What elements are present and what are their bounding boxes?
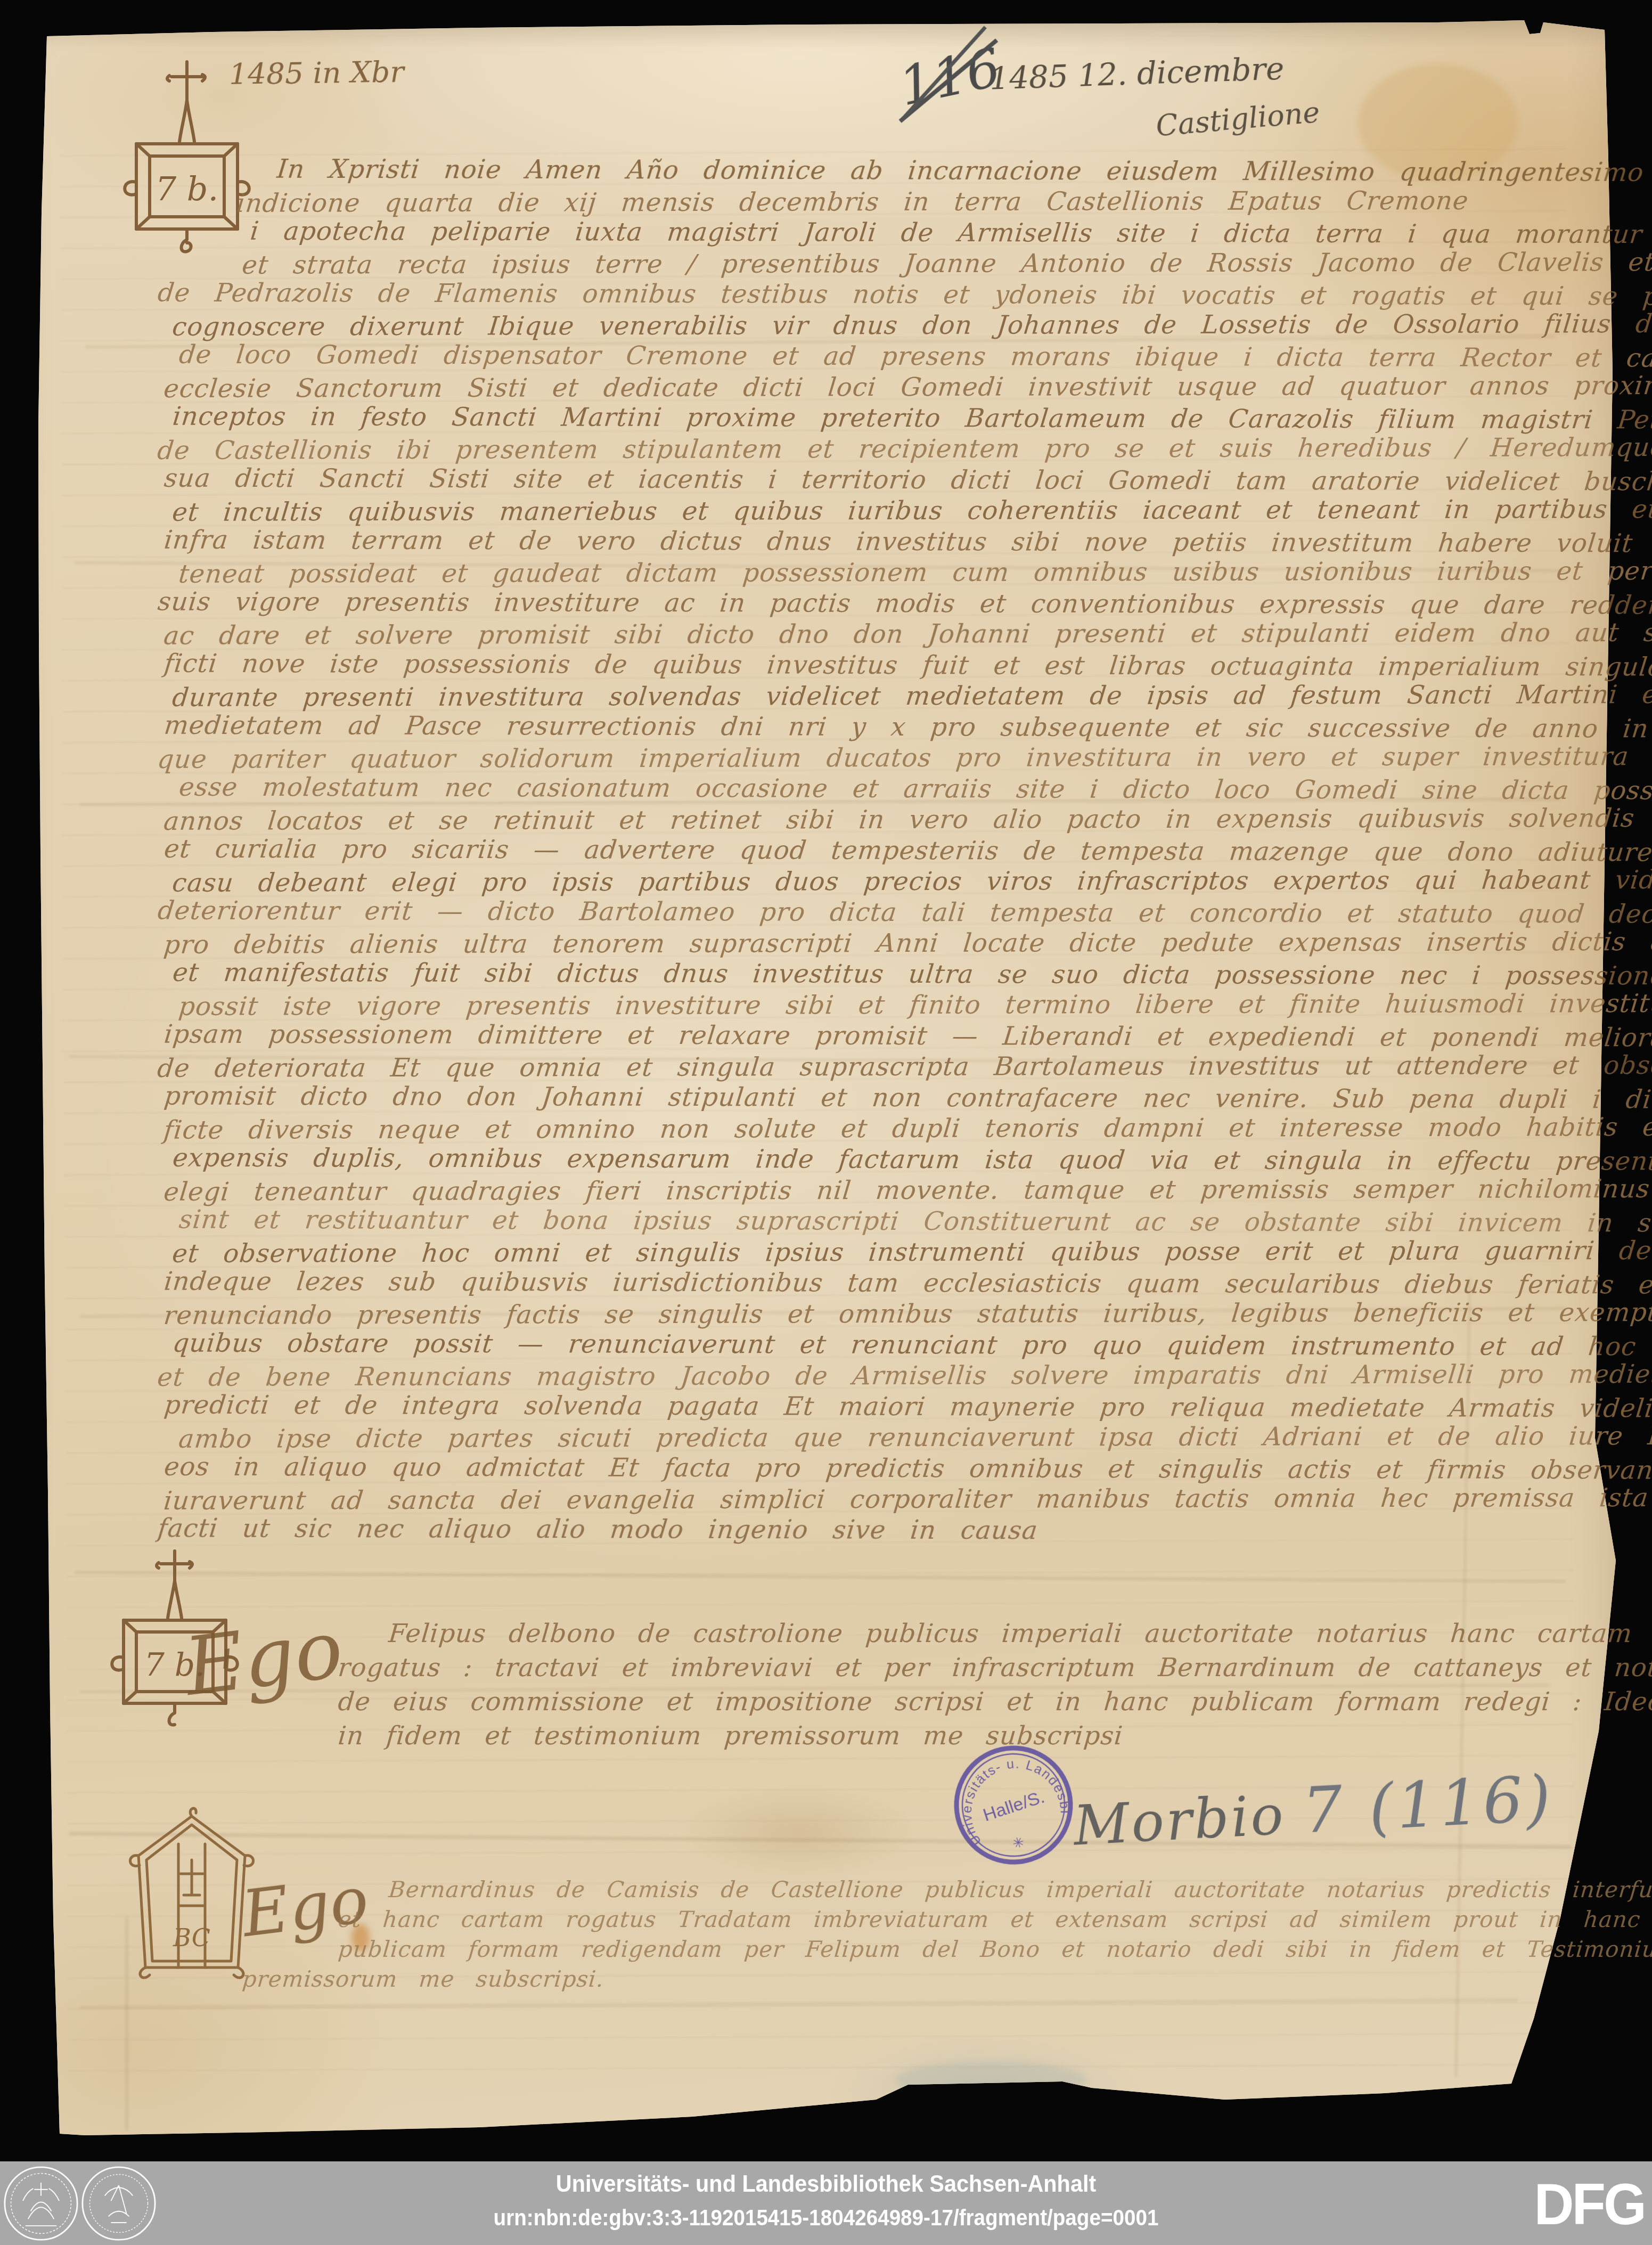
- manuscript-text-line: que pariter quatuor solidorum imperialiu…: [156, 741, 1632, 775]
- manuscript-text-line: ficte diversis neque et omnino non solut…: [162, 1112, 1632, 1146]
- shelfmark-number: 7 (116): [1301, 1761, 1555, 1848]
- archivist-year-note: 1485 in Xbr: [228, 54, 404, 92]
- stamp-center-text: Halle/S.: [980, 1786, 1047, 1825]
- manuscript-text-line: de deteriorata Et que omnia et singula s…: [156, 1050, 1632, 1084]
- manuscript-text-line: pro debitis alienis ultra tenorem supras…: [162, 926, 1632, 960]
- subscription-bernardinus-lines: Bernardinus de Camisis de Castellione pu…: [242, 1875, 1606, 1994]
- manuscript-text-line: ficti nove iste possessionis de quibus i…: [162, 648, 1631, 683]
- subscription-felipus: Ego Felipus delbono de castrolione publi…: [186, 1617, 1582, 1753]
- manuscript-text-line: de loco Gomedi dispensator Cremone et ad…: [177, 339, 1631, 374]
- manuscript-text-line: sint et restituantur et bona ipsius supr…: [177, 1204, 1631, 1239]
- manuscript-text-line: et manifestatis fuit sibi dictus dnus in…: [171, 957, 1631, 992]
- manuscript-text-line: ac dare et solvere promisit sibi dicto d…: [162, 617, 1632, 651]
- manuscript-text-line: et curialia pro sicariis — advertere quo…: [162, 834, 1631, 868]
- manuscript-text-line: elegi teneantur quadragies fieri inscrip…: [162, 1173, 1632, 1207]
- manuscript-text-line: eos in aliquo quo admictat Et facta pro …: [162, 1451, 1631, 1486]
- manuscript-text-line: de Pedrazolis de Flamenis omnibus testib…: [156, 277, 1631, 312]
- manuscript-text-line: suis vigore presentis investiture ac in …: [156, 586, 1631, 621]
- subscription-text-line: premissorum me subscripsi.: [241, 1964, 1607, 1994]
- subscription-bernardinus: Ego Bernardinus de Camisis de Castellion…: [242, 1875, 1606, 1994]
- manuscript-text-line: esse molestatum nec casionatum occasione…: [177, 772, 1631, 806]
- library-footer-bar: Universitäts- und Landesbibliothek Sachs…: [0, 2161, 1652, 2245]
- subscription-text-line: in fidem et testimonium premissorum me s…: [185, 1719, 1583, 1753]
- stamp-star-icon: ✳: [1010, 1833, 1026, 1852]
- manuscript-text-line: deteriorentur erit — dicto Bartolameo pr…: [156, 895, 1631, 930]
- manuscript-text-line: predicti et de integra solvenda pagata E…: [162, 1390, 1631, 1424]
- urn-identifier: urn:nbn:de:gbv:3:3-1192015415-1804264989…: [66, 2205, 1586, 2231]
- footer-text: Universitäts- und Landesbibliothek Sachs…: [0, 2161, 1652, 2231]
- manuscript-text-line: possit iste vigore presentis investiture…: [177, 988, 1632, 1022]
- manuscript-text-line: teneat possideat et gaudeat dictam posse…: [177, 556, 1632, 590]
- manuscript-text-line: ambo ipse dicte partes sicuti predicta q…: [177, 1421, 1632, 1455]
- manuscript-text-line: promisit dicto dno don Johanni stipulant…: [162, 1081, 1631, 1115]
- manuscript-text-line: et strata recta ipsius terre / presentib…: [241, 247, 1632, 280]
- manuscript-text-line: ecclesie Sanctorum Sisti et dedicate dic…: [162, 370, 1632, 404]
- manuscript-text-line: casu debeant elegi pro ipsis partibus du…: [171, 864, 1632, 899]
- subscription-text-line: publicam formam redigendam per Felipum d…: [241, 1934, 1607, 1964]
- dfg-logo: DFG: [1534, 2171, 1645, 2238]
- manuscript-text-line: sua dicti Sancti Sisti site et iacentis …: [162, 463, 1631, 497]
- library-name: Universitäts- und Landesbibliothek Sachs…: [66, 2170, 1586, 2198]
- manuscript-text-line: infra istam terram et de vero dictus dnu…: [162, 525, 1631, 559]
- svg-text:BC: BC: [173, 1923, 210, 1952]
- manuscript-body: In Xpristi noie Amen Año dominice ab inc…: [154, 156, 1630, 1546]
- manuscript-text-line: et de bene Renuncians magistro Jacobo de…: [156, 1359, 1632, 1393]
- manuscript-text-line: quibus obstare possit — renunciaverunt e…: [171, 1328, 1631, 1362]
- notary-sign-lower: BC: [125, 1807, 258, 1982]
- manuscript-text-line: durante presenti investitura solvendas v…: [171, 679, 1632, 713]
- subscription-text-line: Bernardinus de Camisis de Castellione pu…: [241, 1875, 1607, 1905]
- manuscript-text-line: de Castellionis ibi presentem stipulante…: [156, 432, 1632, 466]
- manuscript-text-line: i apotecha peliparie iuxta magistri Jaro…: [249, 216, 1631, 250]
- manuscript-text-line: expensis duplis, omnibus expensarum inde…: [171, 1142, 1631, 1177]
- manuscript-text-line: annos locatos et se retinuit et retinet …: [162, 803, 1632, 837]
- manuscript-text-line: inceptos in festo Sancti Martini proxime…: [171, 401, 1631, 436]
- manuscript-text-line: facti ut sic nec aliquo alio modo ingeni…: [156, 1513, 1631, 1548]
- blue-smudge-stain: [895, 2061, 1086, 2099]
- subscription-text-line: Felipus delbono de castrolione publicus …: [185, 1617, 1583, 1651]
- manuscript-text-line: iuraverunt ad sancta dei evangelia simpl…: [162, 1482, 1632, 1516]
- manuscript-text-line: et observatione hoc omni et singulis ips…: [171, 1235, 1632, 1269]
- subscription-text-line: et hanc cartam rogatus Tradatam imbrevia…: [241, 1905, 1607, 1934]
- manuscript-text-line: renunciando presentis factis se singulis…: [162, 1297, 1632, 1331]
- manuscript-text-line: medietatem ad Pasce resurrectionis dni n…: [162, 710, 1631, 745]
- digitized-manuscript-photo: 7 b. 1485 in Xbr 116 1485 12. dicembre C…: [0, 0, 1652, 2245]
- shelfmark-collection: Morbio: [1072, 1784, 1287, 1858]
- subscription-text-line: rogatus : tractavi et imbreviavi et per …: [185, 1651, 1583, 1685]
- manuscript-text-line: indeque lezes sub quibusvis iurisdiction…: [162, 1266, 1631, 1301]
- subscription-text-line: de eius commissione et impositione scrip…: [185, 1685, 1583, 1719]
- manuscript-text-line: cognoscere dixerunt Ibique venerabilis v…: [171, 308, 1632, 342]
- manuscript-text-line: In Xpristi noie Amen Año dominice ab inc…: [275, 154, 1631, 188]
- manuscript-text-line: indicione quarta die xij mensis decembri…: [235, 185, 1632, 218]
- manuscript-text-line: ipsam possessionem dimittere et relaxare…: [162, 1019, 1631, 1054]
- subscription-felipus-lines: Felipus delbono de castrolione publicus …: [186, 1617, 1582, 1753]
- manuscript-text-line: et incultis quibusvis maneriebus et quib…: [171, 494, 1632, 528]
